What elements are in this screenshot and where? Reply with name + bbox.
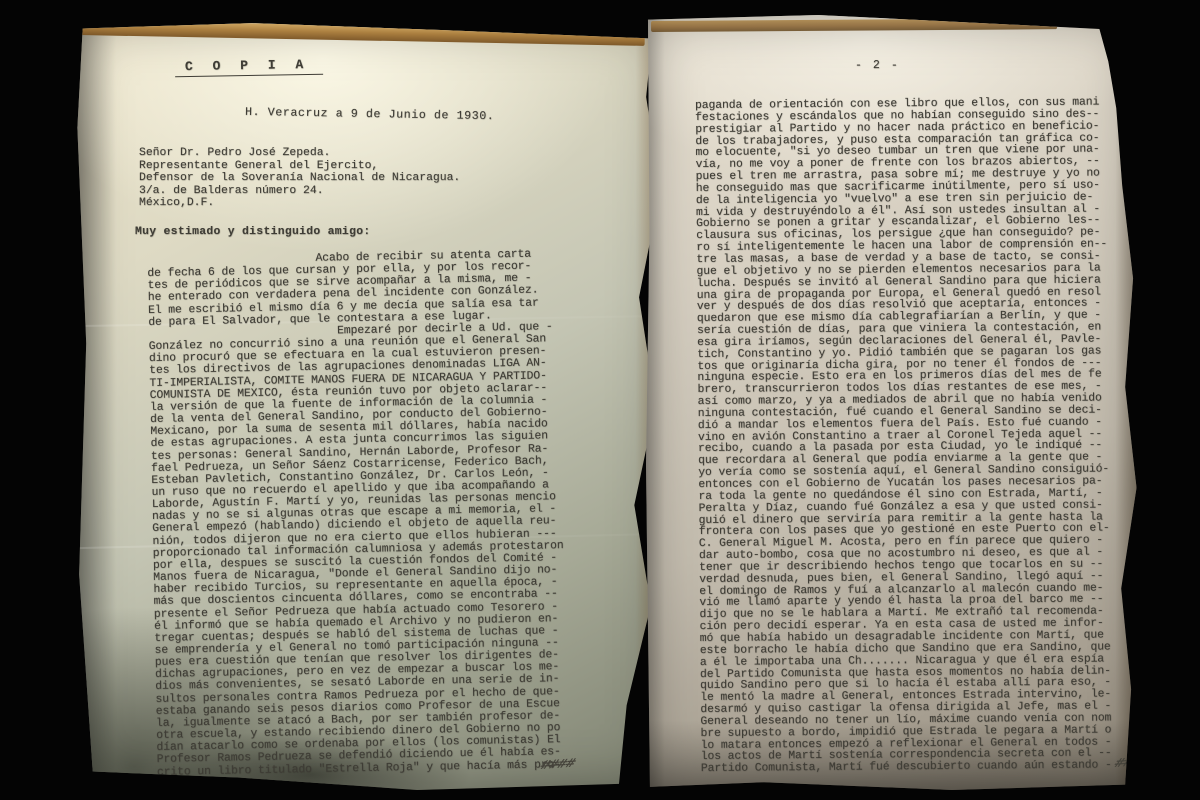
photo-background: C O P I A H. Veracruz a 9 de Junio de 19… [0,0,1200,800]
page1-top-torn-edge [79,20,646,46]
salutation: Muy estimado y distinguido amigo: [135,226,370,238]
copy-stamp-heading: C O P I A [175,57,324,78]
letter-page-1: C O P I A H. Veracruz a 9 de Junio de 19… [75,20,665,790]
page-number: - 2 - [855,59,900,72]
letter-body-page-1: Acabo de recibir su atenta carta de fech… [147,248,568,779]
recipient-address-block: Señor Dr. Pedro José Zepeda. Representan… [139,147,460,210]
handwritten-tally-mark: #### [537,756,577,772]
letter-page-2: - 2 - paganda de orientación con ese lib… [645,15,1140,790]
dateline: H. Veracruz a 9 de Junio de 1930. [245,106,495,123]
page2-top-torn-edge [651,18,1057,32]
letter-body-page-2: paganda de orientación con ese libro que… [695,97,1112,776]
handwritten-tally-mark: #### [1111,754,1151,770]
